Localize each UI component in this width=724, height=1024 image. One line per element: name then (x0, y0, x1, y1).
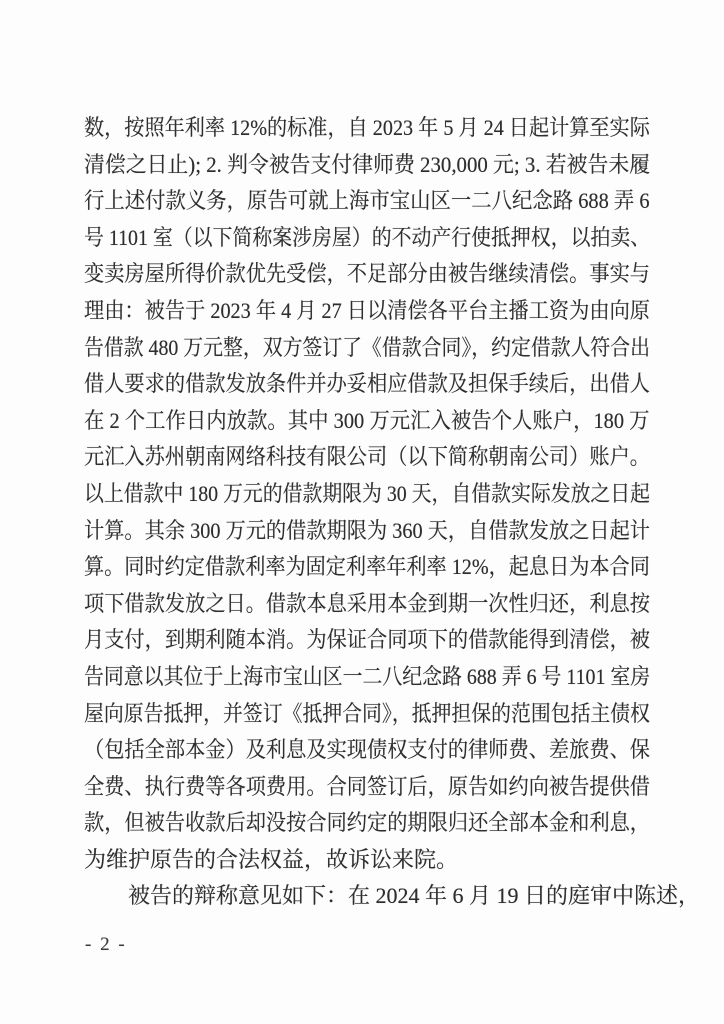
text-line: 元汇入苏州朝南网络科技有限公司（以下简称朝南公司）账户。 (84, 439, 604, 476)
text-line: 算。同时约定借款利率为固定利率年利率 12%，起息日为本合同 (84, 549, 602, 586)
text-line: 号 1101 室（以下简称案涉房屋）的不动产行使抵押权，以拍卖、 (84, 220, 596, 257)
text-line: 月支付，到期利随本消。为保证合同项下的借款能得到清偿，被 (84, 622, 604, 659)
text-line: 数，按照年利率 12%的标准，自 2023 年 5 月 24 日起计算至实际 (84, 110, 602, 147)
text-line: 变卖房屋所得价款优先受偿，不足部分由被告继续清偿。事实与 (84, 256, 604, 293)
text-line: 计算。其余 300 万元的借款期限为 360 天，自借款发放之日起计 (84, 513, 604, 550)
text-line: 行上述付款义务，原告可就上海市宝山区一二八纪念路 688 弄 6 (84, 183, 608, 220)
text-line: 为维护原告的合法权益，故诉讼来院。 (84, 842, 650, 879)
text-line: 在 2 个工作日内放款。其中 300 万元汇入被告个人账户，180 万 (84, 403, 608, 440)
document-page: 数，按照年利率 12%的标准，自 2023 年 5 月 24 日起计算至实际清偿… (0, 0, 724, 1024)
text-line: 告借款 480 万元整，双方签订了《借款合同》，约定借款人符合出 (84, 330, 595, 367)
page-number: - 2 - (85, 934, 127, 956)
text-line: 屋向原告抵押，并签订《抵押合同》，抵押担保的范围包括主债权 (84, 696, 595, 733)
text-line: 项下借款发放之日。借款本息采用本金到期一次性归还，利息按 (84, 586, 604, 623)
text-line: 以上借款中 180 万元的借款期限为 30 天，自借款实际发放之日起 (84, 476, 595, 513)
text-line: 理由：被告于 2023 年 4 月 27 日以清偿各平台主播工资为由向原 (84, 293, 604, 330)
document-body-text: 数，按照年利率 12%的标准，自 2023 年 5 月 24 日起计算至实际清偿… (84, 110, 650, 915)
text-line: 全费、执行费等各项费用。合同签订后，原告如约向被告提供借 (84, 769, 604, 806)
text-line: 款，但被告收款后却没按合同约定的期限归还全部本金和利息， (84, 805, 604, 842)
text-line: 被告的辩称意见如下：在 2024 年 6 月 19 日的庭审中陈述， (84, 878, 650, 915)
text-line: 告同意以其位于上海市宝山区一二八纪念路 688 弄 6 号 1101 室房 (84, 659, 596, 696)
text-line: （包括全部本金）及利息及实现债权支付的律师费、差旅费、保 (84, 732, 604, 769)
text-line: 借人要求的借款发放条件并办妥相应借款及担保手续后，出借人 (84, 366, 604, 403)
text-line: 清偿之日止); 2. 判令被告支付律师费 230,000 元; 3. 若被告未履 (84, 147, 621, 184)
